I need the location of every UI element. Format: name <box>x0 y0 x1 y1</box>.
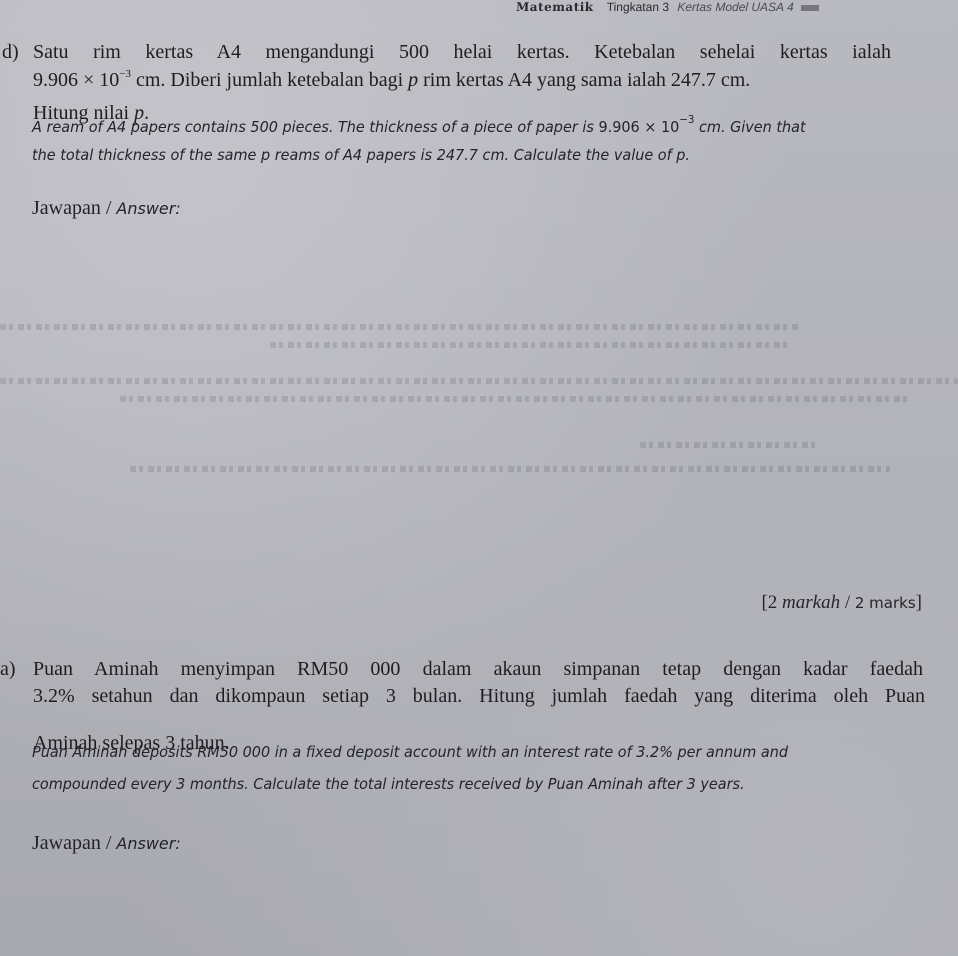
question-d-malay-line-2: 9.906 × 10−3 cm. Diberi jumlah ketebalan… <box>33 66 903 95</box>
page-number-mark <box>801 5 819 11</box>
question-a-label: a) <box>0 658 16 681</box>
question-d-english-line-1: A ream of A4 papers contains 500 pieces.… <box>32 113 806 141</box>
question-d-label: d) <box>2 41 19 64</box>
question-d-malay-line-1: Satu rim kertas A4 mengandungi 500 helai… <box>33 38 891 67</box>
subject-title: Matematik <box>516 0 594 14</box>
question-d-marks: [2 markah / 2 marks] <box>761 592 922 614</box>
form-level: Tingkatan 3 <box>607 0 670 14</box>
question-a-answer-label: Jawapan / Answer: <box>32 832 181 855</box>
question-a-malay-line-1: Puan Aminah menyimpan RM50 000 dalam aka… <box>33 655 923 684</box>
exam-page: Matematik Tingkatan 3 Kertas Model UASA … <box>0 0 958 956</box>
question-d-answer-label: Jawapan / Answer: <box>32 197 181 220</box>
question-a-english-line-2: compounded every 3 months. Calculate the… <box>32 770 745 798</box>
question-d-answer-area[interactable] <box>30 230 928 580</box>
paper-title: Kertas Model UASA 4 <box>677 0 794 14</box>
question-a-english-line-1: Puan Aminah deposits RM50 000 in a fixed… <box>32 738 788 766</box>
page-header: Matematik Tingkatan 3 Kertas Model UASA … <box>516 0 819 14</box>
question-a-answer-area[interactable] <box>30 865 928 956</box>
question-a-malay-line-2: 3.2% setahun dan dikompaun setiap 3 bula… <box>33 682 925 711</box>
question-d-english-line-2: the total thickness of the same p reams … <box>32 141 690 169</box>
